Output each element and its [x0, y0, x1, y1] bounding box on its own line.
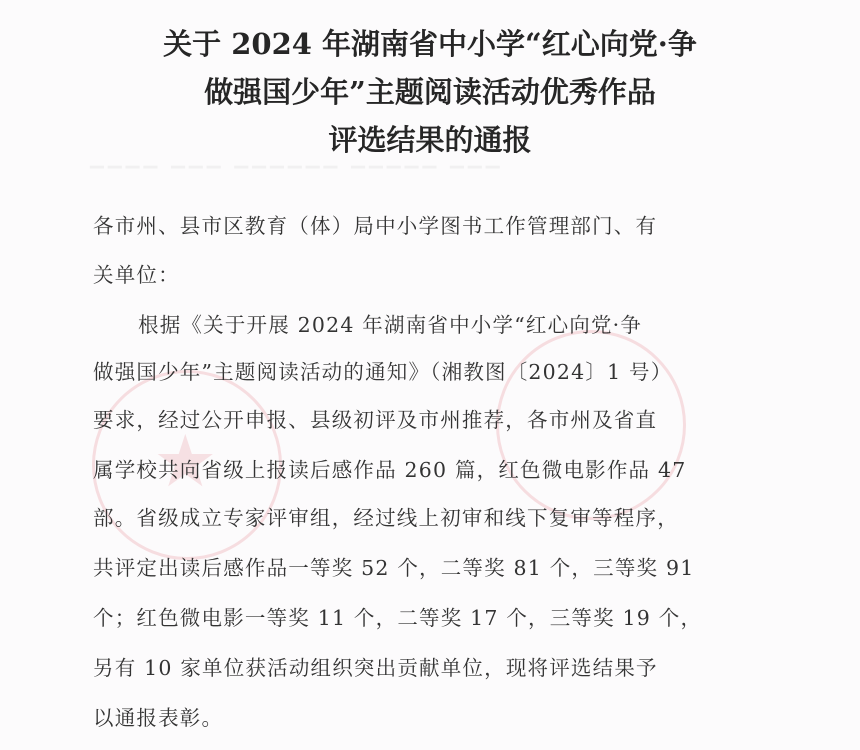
document-title-line-2: 做强国少年”主题阅读活动优秀作品 — [0, 72, 860, 112]
body-line-8: 另有 10 家单位获活动组织突出贡献单位，现将评选结果予 — [93, 653, 658, 683]
document-title-line-1: 关于 2024 年湖南省中小学“红心向党·争 — [0, 24, 860, 64]
body-line-7: 个；红色微电影一等奖 11 个，二等奖 17 个，三等奖 19 个， — [93, 603, 702, 633]
salutation-line-1: 各市州、县市区教育（体）局中小学图书工作管理部门、有 — [93, 211, 657, 241]
body-line-6: 共评定出读后感作品一等奖 52 个，二等奖 81 个，三等奖 91 — [93, 553, 694, 583]
document-title-line-3: 评选结果的通报 — [0, 120, 860, 160]
body-line-9: 以通报表彰。 — [93, 703, 223, 733]
body-line-2: 做强国少年”主题阅读活动的通知》（湘教图〔2024〕1 号） — [93, 357, 672, 387]
body-line-5: 部。省级成立专家评审组，经过线上初审和线下复审等程序， — [93, 503, 679, 533]
body-line-4: 属学校共向省级上报读后感作品 260 篇，红色微电影作品 47 — [93, 455, 686, 485]
body-line-3: 要求，经过公开申报、县级初评及市州推荐，各市州及省直 — [93, 405, 657, 435]
body-line-1: 根据《关于开展 2024 年湖南省中小学“红心向党·争 — [138, 310, 642, 340]
salutation-line-2: 关单位： — [93, 260, 180, 290]
